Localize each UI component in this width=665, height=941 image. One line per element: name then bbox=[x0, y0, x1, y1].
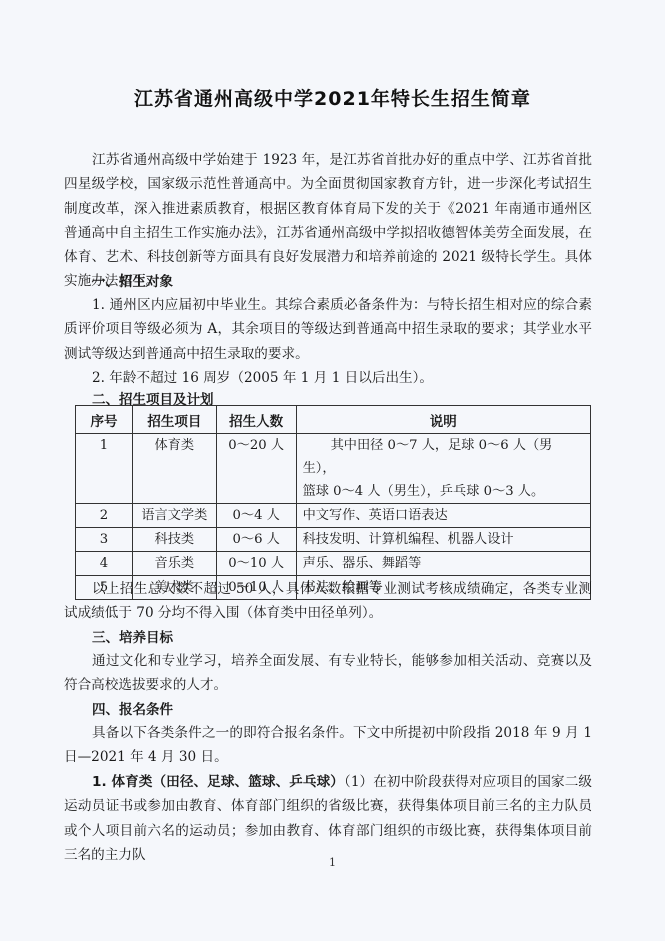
cell-description: 科技发明、计算机编程、机器人设计 bbox=[296, 528, 590, 552]
document-page: 江苏省通州高级中学2021年特长生招生简章 江苏省通州高级中学始建于 1923 … bbox=[0, 0, 665, 941]
cell-description: 声乐、器乐、舞蹈等 bbox=[296, 552, 590, 576]
enrollment-condition-1: 1. 通州区内应届初中毕业生。其综合素质必备条件为：与特长招生相对应的综合素质评… bbox=[64, 293, 592, 366]
table-row: 4 音乐类 0～10 人 声乐、器乐、舞蹈等 bbox=[76, 552, 591, 576]
cell-no: 2 bbox=[76, 504, 133, 528]
header-description: 说明 bbox=[296, 406, 590, 434]
cell-count: 0～10 人 bbox=[216, 552, 296, 576]
cell-item: 科技类 bbox=[132, 528, 216, 552]
sports-condition-label: 1. 体育类（田径、足球、篮球、乒乓球） bbox=[92, 774, 344, 790]
page-number: 1 bbox=[0, 856, 665, 869]
cell-count: 0～4 人 bbox=[216, 504, 296, 528]
enrollment-condition-2: 2. 年龄不超过 16 周岁（2005 年 1 月 1 日以后出生）。 bbox=[64, 366, 592, 390]
header-no: 序号 bbox=[76, 406, 133, 434]
registration-conditions-text: 具备以下各类条件之一的即符合报名条件。下文中所提初中阶段指 2018 年 9 月… bbox=[64, 721, 592, 770]
section-heading-enrollment-target: 一、招生对象 bbox=[92, 270, 173, 290]
training-goal-text: 通过文化和专业学习，培养全面发展、有专业特长，能够参加相关活动、竞赛以及符合高校… bbox=[64, 649, 592, 698]
table-row: 1 体育类 0～20 人 其中田径 0～7 人，足球 0～6 人（男生）， 篮球… bbox=[76, 434, 591, 504]
header-item: 招生项目 bbox=[132, 406, 216, 434]
table-header-row: 序号 招生项目 招生人数 说明 bbox=[76, 406, 591, 434]
cell-no: 4 bbox=[76, 552, 133, 576]
cell-no: 3 bbox=[76, 528, 133, 552]
section-heading-registration-conditions: 四、报名条件 bbox=[92, 698, 173, 718]
description-line-1: 其中田径 0～7 人，足球 0～6 人（男生）， bbox=[303, 434, 584, 480]
section-heading-training-goal: 三、培养目标 bbox=[92, 626, 173, 646]
cell-no: 1 bbox=[76, 434, 133, 504]
plan-note: 以上招生总人数不超过 50 人，具体人数根据专业测试考核成绩确定，各类专业测试成… bbox=[64, 577, 592, 626]
description-line-2: 篮球 0～4 人（男生），乒乓球 0～3 人。 bbox=[303, 480, 584, 503]
table-row: 3 科技类 0～6 人 科技发明、计算机编程、机器人设计 bbox=[76, 528, 591, 552]
cell-description: 中文写作、英语口语表达 bbox=[296, 504, 590, 528]
cell-count: 0～20 人 bbox=[216, 434, 296, 504]
enrollment-plan-table: 序号 招生项目 招生人数 说明 1 体育类 0～20 人 其中田径 0～7 人，… bbox=[75, 405, 591, 600]
header-count: 招生人数 bbox=[216, 406, 296, 434]
cell-count: 0～6 人 bbox=[216, 528, 296, 552]
cell-item: 体育类 bbox=[132, 434, 216, 504]
cell-item: 音乐类 bbox=[132, 552, 216, 576]
cell-item: 语言文学类 bbox=[132, 504, 216, 528]
page-title: 江苏省通州高级中学2021年特长生招生简章 bbox=[0, 84, 665, 111]
registration-condition-sports: 1. 体育类（田径、足球、篮球、乒乓球）（1）在初中阶段获得对应项目的国家二级运… bbox=[64, 770, 592, 867]
cell-description: 其中田径 0～7 人，足球 0～6 人（男生）， 篮球 0～4 人（男生），乒乓… bbox=[296, 434, 590, 504]
table-row: 2 语言文学类 0～4 人 中文写作、英语口语表达 bbox=[76, 504, 591, 528]
